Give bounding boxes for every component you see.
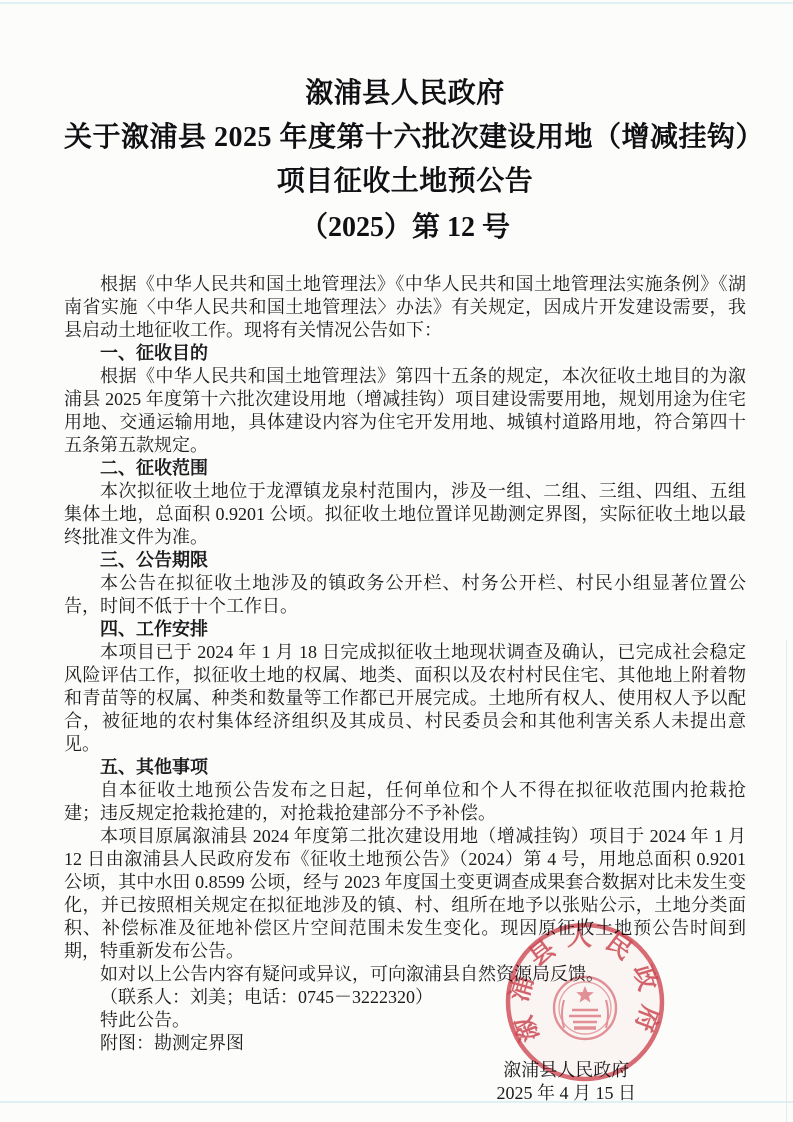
- signature-block: 溆浦县人民政府 2025 年 4 月 15 日: [64, 1059, 746, 1105]
- section-2-paragraph: 本次拟征收土地位于龙潭镇龙泉村范围内，涉及一组、二组、三组、四组、五组集体土地，…: [64, 480, 746, 549]
- scan-artifact-line-right: [786, 640, 787, 1122]
- section-3-paragraph: 本公告在拟征收土地涉及的镇政务公开栏、村务公开栏、村民小组显著位置公告，时间不低…: [64, 572, 746, 618]
- scan-artifact-line-top: [0, 2, 793, 4]
- section-4-heading: 四、工作安排: [64, 618, 746, 641]
- document-body: 根据《中华人民共和国土地管理法》《中华人民共和国土地管理法实施条例》《湖南省实施…: [64, 273, 746, 1055]
- contact-line: （联系人：刘美；电话：0745－3222320）: [64, 986, 746, 1009]
- document-number: （2025）第 12 号: [64, 206, 746, 250]
- intro-paragraph: 根据《中华人民共和国土地管理法》《中华人民共和国土地管理法实施条例》《湖南省实施…: [64, 273, 746, 342]
- section-4-paragraph: 本项目已于 2024 年 1 月 18 日完成拟征收土地现状调查及确认，已完成社…: [64, 641, 746, 756]
- title-subject-line-2: 项目征收土地预公告: [64, 160, 746, 204]
- signature-issuer: 溆浦县人民政府: [497, 1059, 637, 1082]
- attachment-line: 附图：勘测定界图: [64, 1032, 746, 1055]
- signature-date: 2025 年 4 月 15 日: [497, 1082, 637, 1105]
- document-content: 溆浦县人民政府 关于溆浦县 2025 年度第十六批次建设用地（增减挂钩） 项目征…: [64, 72, 746, 1105]
- section-2-heading: 二、征收范围: [64, 457, 746, 480]
- section-1-paragraph: 根据《中华人民共和国土地管理法》第四十五条的规定，本次征收土地目的为溆浦县 20…: [64, 365, 746, 457]
- scanned-announcement-page: 溆浦县人民政府 关于溆浦县 2025 年度第十六批次建设用地（增减挂钩） 项目征…: [0, 0, 793, 1122]
- section-1-heading: 一、征收目的: [64, 342, 746, 365]
- section-3-heading: 三、公告期限: [64, 549, 746, 572]
- feedback-line: 如对以上公告内容有疑问或异议，可向溆浦县自然资源局反馈。: [64, 963, 746, 986]
- title-issuer: 溆浦县人民政府: [64, 72, 746, 116]
- section-5-heading: 五、其他事项: [64, 756, 746, 779]
- closing-line: 特此公告。: [64, 1009, 746, 1032]
- section-5-paragraph-2: 本项目原属溆浦县 2024 年度第二批次建设用地（增减挂钩）项目于 2024 年…: [64, 825, 746, 963]
- title-subject-line-1: 关于溆浦县 2025 年度第十六批次建设用地（增减挂钩）: [64, 116, 746, 160]
- section-5-paragraph-1: 自本征收土地预公告发布之日起，任何单位和个人不得在拟征收范围内抢栽抢建；违反规定…: [64, 779, 746, 825]
